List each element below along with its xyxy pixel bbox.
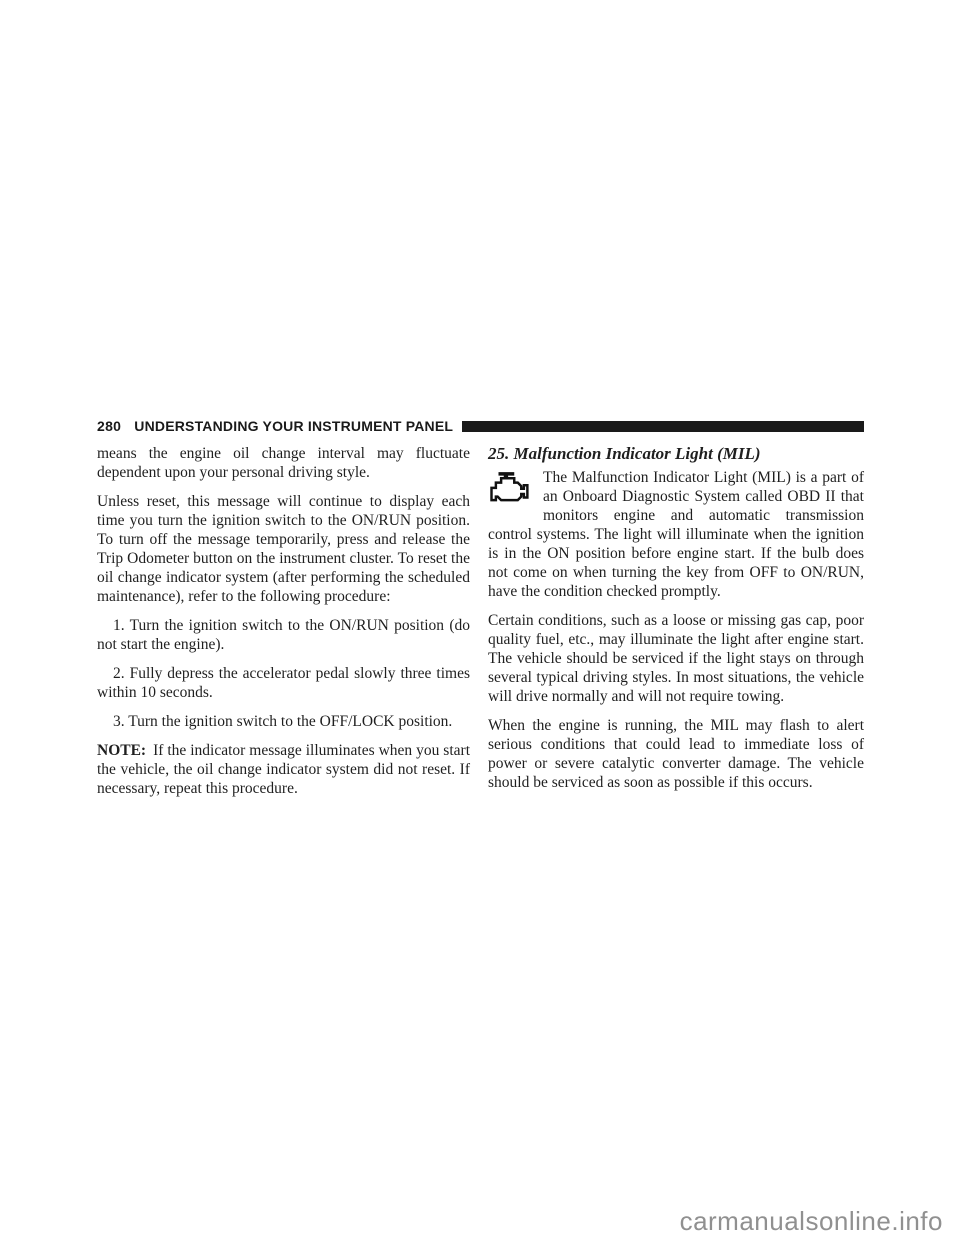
list-item-step-1: 1. Turn the ignition switch to the ON/RU… — [97, 616, 470, 654]
page-title: UNDERSTANDING YOUR INSTRUMENT PANEL — [134, 418, 453, 434]
paragraph: Certain conditions, such as a loose or m… — [488, 611, 864, 706]
section-heading: 25. Malfunction Indicator Light (MIL) — [488, 444, 864, 464]
manual-page: 280 UNDERSTANDING YOUR INSTRUMENT PANEL … — [0, 0, 960, 1242]
paragraph: means the engine oil change interval may… — [97, 444, 470, 482]
site-watermark: carmanualsonline.info — [680, 1206, 943, 1237]
header-rule-bar — [462, 421, 864, 432]
page-content: 280 UNDERSTANDING YOUR INSTRUMENT PANEL … — [97, 418, 864, 808]
paragraph-text: The Malfunction Indicator Light (MIL) is… — [488, 469, 864, 600]
paragraph: Unless reset, this message will continue… — [97, 492, 470, 606]
page-number: 280 — [97, 418, 121, 434]
note-paragraph: NOTE:If the indicator message illuminate… — [97, 741, 470, 798]
right-column: 25. Malfunction Indicator Light (MIL) Th… — [488, 444, 864, 808]
left-column: means the engine oil change interval may… — [97, 444, 470, 808]
page-header: 280 UNDERSTANDING YOUR INSTRUMENT PANEL — [97, 418, 864, 434]
note-label: NOTE: — [97, 742, 146, 759]
paragraph: When the engine is running, the MIL may … — [488, 716, 864, 792]
check-engine-icon — [488, 470, 530, 504]
two-column-layout: means the engine oil change interval may… — [97, 444, 864, 808]
note-text: If the indicator message illuminates whe… — [97, 742, 470, 797]
list-item-step-2: 2. Fully depress the accelerator pedal s… — [97, 664, 470, 702]
list-item-step-3: 3. Turn the ignition switch to the OFF/L… — [97, 712, 470, 731]
mil-paragraph: The Malfunction Indicator Light (MIL) is… — [488, 468, 864, 601]
